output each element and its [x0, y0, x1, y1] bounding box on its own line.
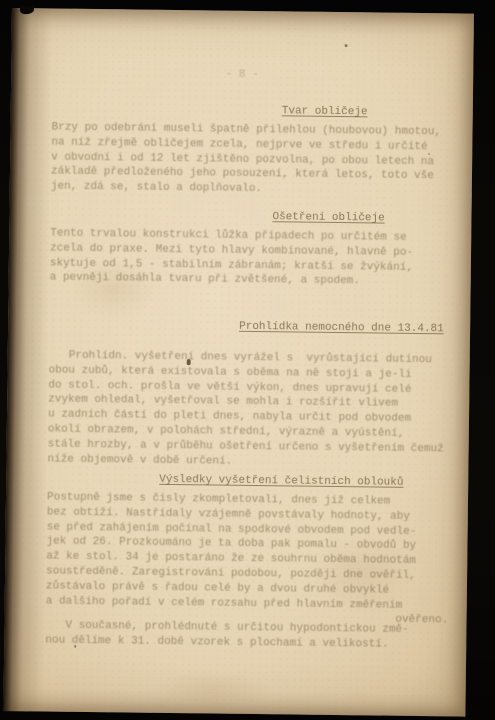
- section-heading: Ošetření obličeje: [272, 210, 384, 225]
- document-section: Prohlídn. vyšetření dnes vyrážel s vyrůs…: [47, 348, 451, 471]
- document-section: V současné, prohlédnuté s určitou hypodo…: [45, 618, 448, 653]
- document-section: Prohlídka nemocného dne 13.4.81: [49, 313, 452, 341]
- section-heading: Prohlídka nemocného dne 13.4.81: [239, 320, 444, 336]
- document-section: Výsledky vyšetření čelistních obloukůPos…: [45, 467, 450, 628]
- page-content: Tvar obličejeBrzy po odebrání museli špa…: [3, 8, 474, 717]
- section-heading: Výsledky vyšetření čelistních oblouků: [159, 473, 403, 490]
- document-section: Tvar obličejeBrzy po odebrání museli špa…: [51, 97, 455, 199]
- section-heading: Tvar obličeje: [282, 104, 368, 119]
- document-section: Ošetření obličejeTento trvalou konstrukc…: [50, 203, 454, 290]
- document-page: - 8 - Tvar obličejeBrzy po odebrání muse…: [3, 8, 474, 717]
